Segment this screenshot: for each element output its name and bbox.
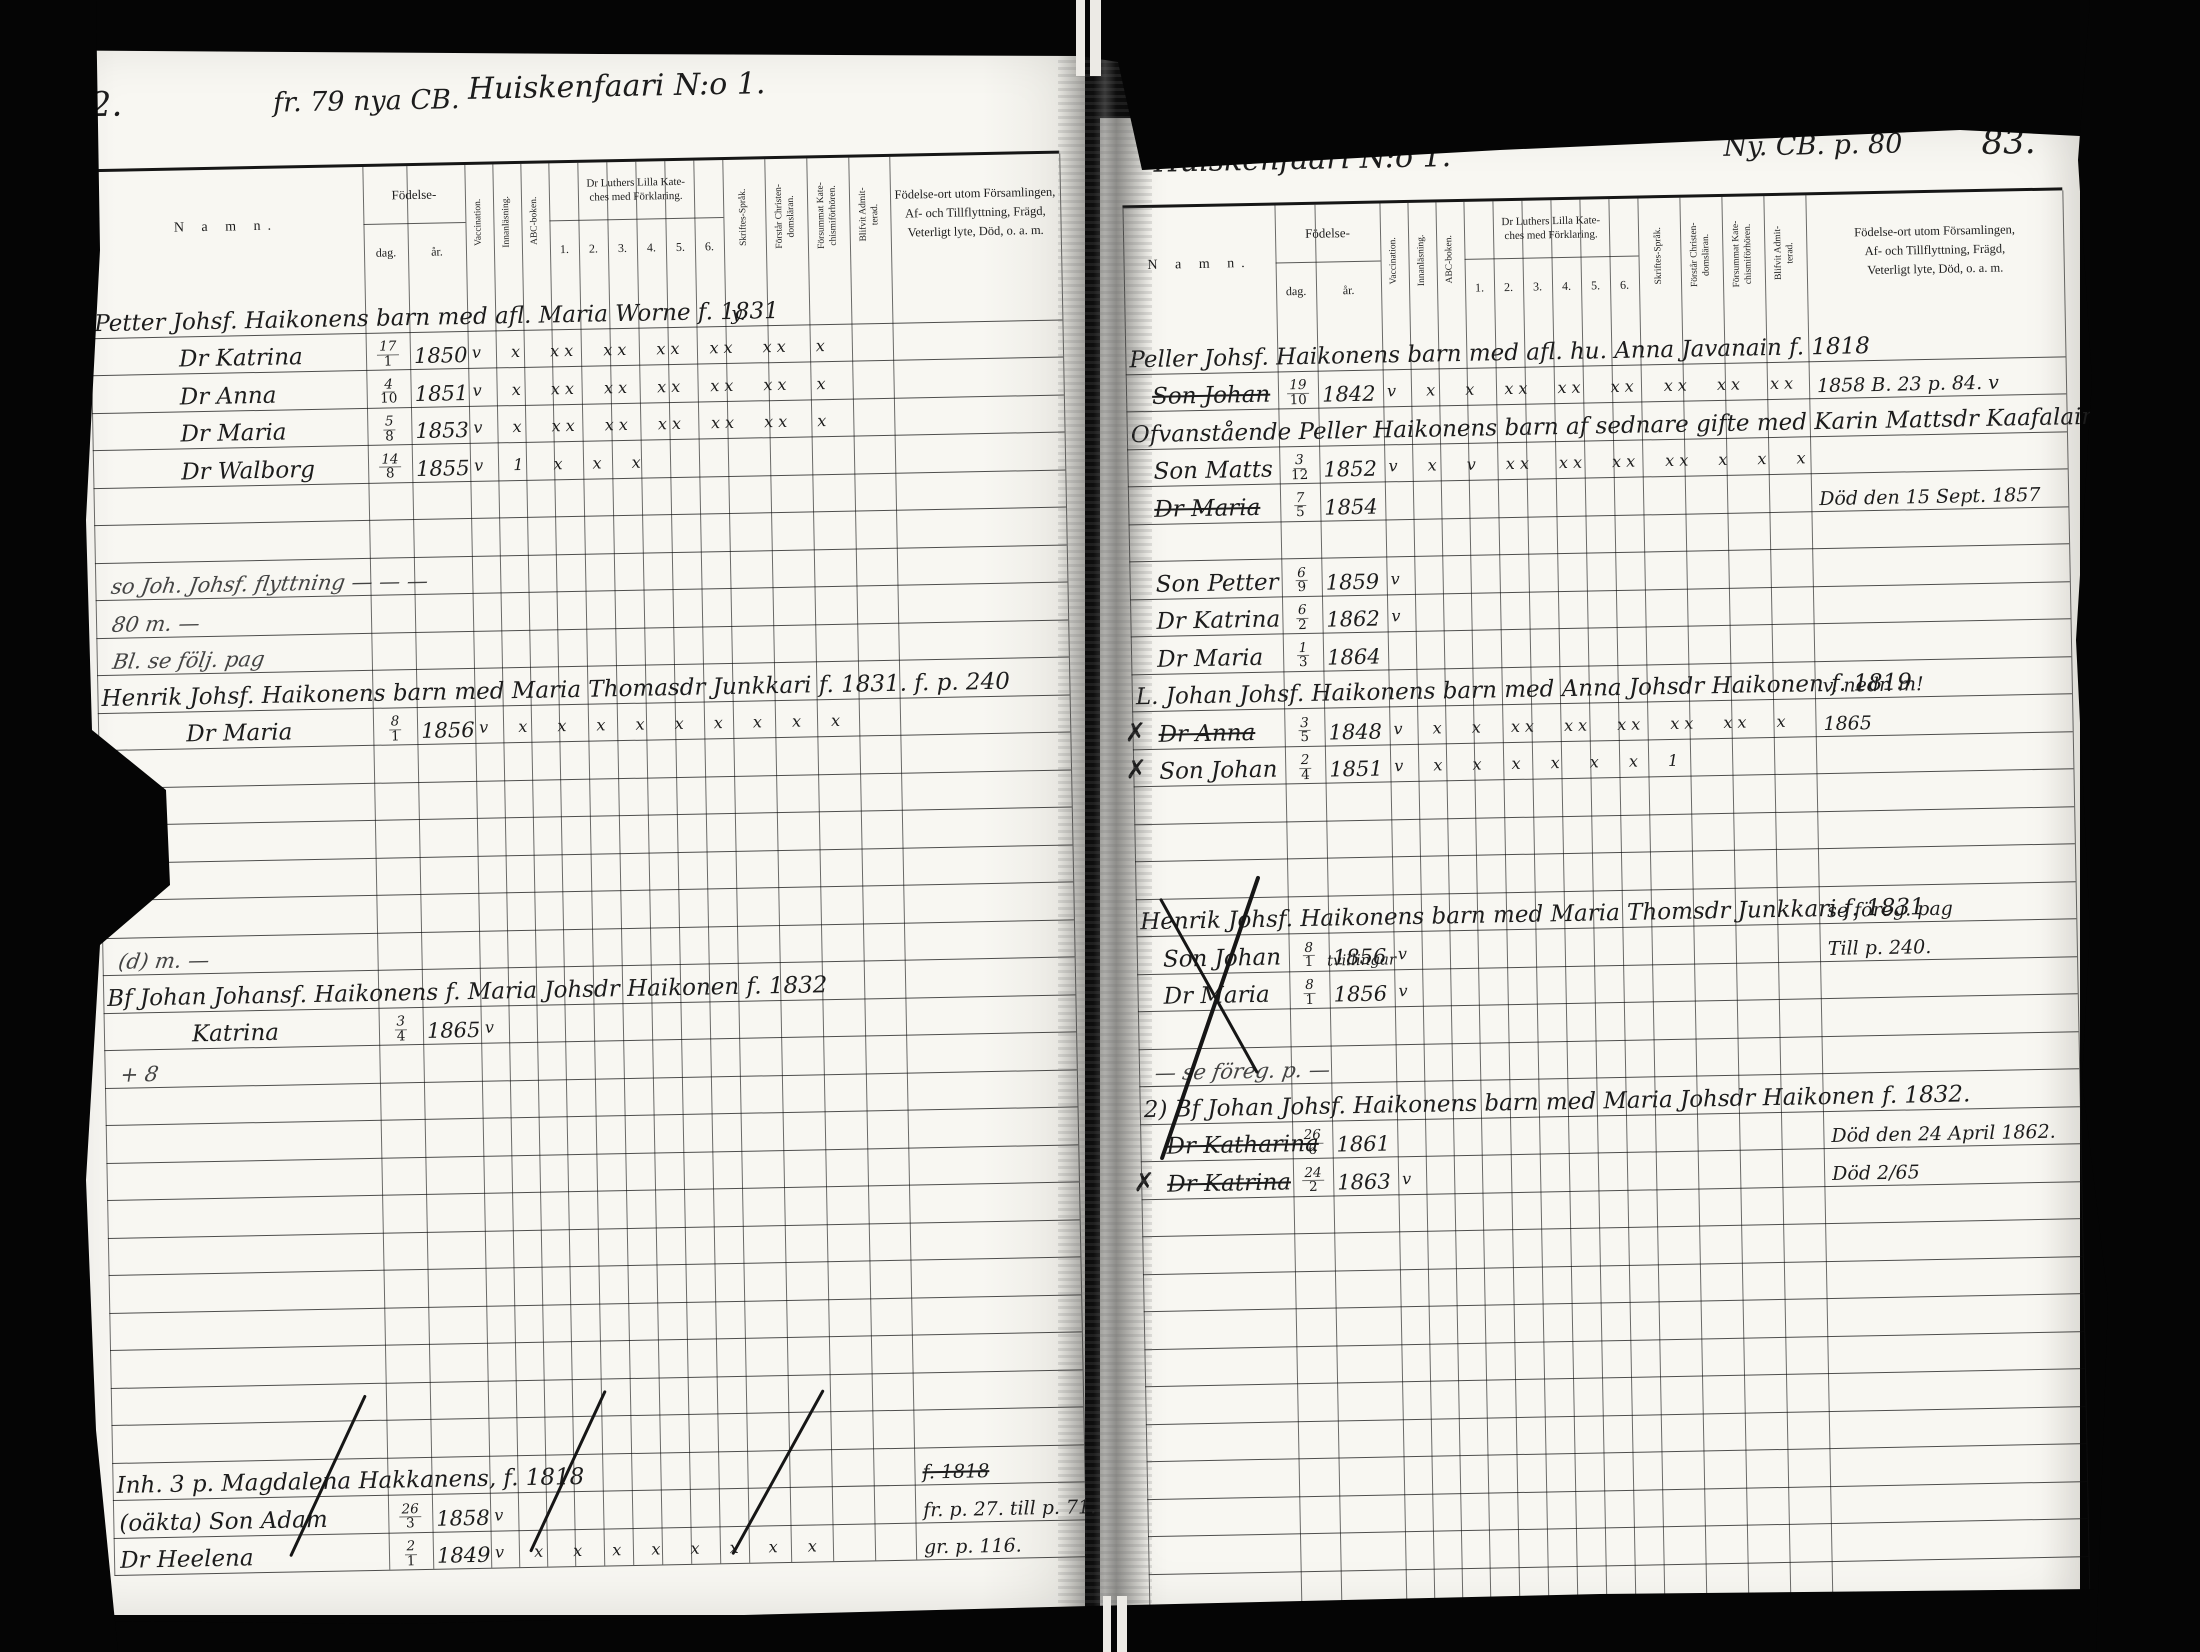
scanned-church-record-spread: 82. fr. 79 nya CB. Huiskenfaari N:o 1. N… xyxy=(0,0,2200,1652)
left-page-content: 82. fr. 79 nya CB. Huiskenfaari N:o 1. N… xyxy=(37,20,1097,1614)
examination-marks: v x xx xx xx xx xx x xyxy=(473,411,831,437)
person-name: Son Johan xyxy=(1152,382,1271,410)
header-neglected: Försummat Kate- chismiförhören. xyxy=(1721,196,1765,312)
header-catechism-col-label: 2. xyxy=(589,241,598,256)
birth-year: 1863 xyxy=(1337,1169,1391,1194)
header-notes: Födelse-ort utom Församlingen, Af- och T… xyxy=(1805,190,2064,310)
birth-day-fraction: 69 xyxy=(1281,566,1322,595)
header-catechism-col: 1. xyxy=(1465,259,1495,317)
header-notes-label: Födelse-ort utom Församlingen, Af- och T… xyxy=(1854,221,2016,280)
birth-year: 1854 xyxy=(1324,494,1378,519)
person-name: Dr Maria xyxy=(1157,644,1264,672)
left-page-inscription: fr. 79 nya CB. xyxy=(273,84,460,119)
margin-note: Till p. 240. xyxy=(1828,936,1932,960)
margin-note: 1858 B. 23 p. 84. v xyxy=(1817,372,1999,397)
header-catechism-col: 5. xyxy=(1581,257,1611,315)
birth-day-fraction: 410 xyxy=(366,378,411,407)
header-abc: ABC-boken. xyxy=(520,163,550,279)
person-name: Son Johan xyxy=(1159,757,1278,785)
header-vaccination: Vaccination. xyxy=(1379,203,1409,319)
birth-day-fraction: 34 xyxy=(379,1015,424,1044)
header-neglected-label: Försummat Kate- chismiförhören. xyxy=(816,182,841,249)
header-abc-label: ABC-boken. xyxy=(1444,235,1457,284)
bookmark-strip xyxy=(1076,0,1085,76)
birth-day-fraction: 266 xyxy=(1292,1129,1333,1158)
birth-day-fraction: 13 xyxy=(1283,641,1324,670)
header-birth: Födelse- xyxy=(362,165,465,225)
margin-note: gr. p. 116. xyxy=(924,1535,1022,1559)
header-reading: Innanläsning. xyxy=(492,164,522,280)
header-catechism-col: 6. xyxy=(1610,257,1640,315)
birth-day-fraction: 81 xyxy=(1289,979,1330,1008)
header-birth-label: Födelse- xyxy=(391,186,436,203)
header-catechism-col-label: 2. xyxy=(1504,280,1513,295)
header-name-label: N a m n. xyxy=(174,218,279,236)
birth-day-fraction: 35 xyxy=(1284,716,1325,745)
header-catechism-col: 2. xyxy=(578,220,608,278)
birth-day-fraction: 81 xyxy=(373,715,418,744)
header-notes-label: Födelse-ort utom Församlingen, Af- och T… xyxy=(894,183,1056,242)
right-page: Huiskenfaari N:o 1. Ny. CB. p. 80 83. N … xyxy=(1100,118,2080,1615)
header-catechism-col: 4. xyxy=(1552,258,1582,316)
person-name: Son Petter xyxy=(1155,569,1278,597)
examination-marks: v xyxy=(494,1505,508,1524)
birth-year: 1853 xyxy=(415,418,469,443)
birth-day-fraction: 1910 xyxy=(1278,379,1319,408)
header-script: Skriftes-Språk. xyxy=(722,159,766,275)
header-catechism-col-label: 4. xyxy=(1562,279,1571,294)
header-birth-day-label: dag. xyxy=(1286,284,1307,299)
header-admitted: Blifvit Admit- terad. xyxy=(1763,195,1807,311)
birth-year: 1850 xyxy=(414,343,468,368)
person-name: Dr Anna xyxy=(179,382,276,410)
header-catechism-label: Dr Luthers Lilla Kate- ches med Förklari… xyxy=(586,176,685,205)
birth-year: 1856 xyxy=(421,718,475,743)
examination-marks: v xyxy=(1391,606,1405,625)
bookmark-strip xyxy=(1103,1596,1111,1652)
person-name: Dr Walborg xyxy=(181,456,315,485)
right-page-content: Huiskenfaari N:o 1. Ny. CB. p. 80 83. N … xyxy=(1083,99,2092,1615)
person-name: Dr Maria xyxy=(1154,494,1261,522)
birth-year: 1848 xyxy=(1328,719,1382,744)
book-gutter xyxy=(1058,0,1152,1652)
header-understands: Förstår Christen- domsläran. xyxy=(1679,197,1723,313)
right-record-table: N a m n.Födelse-dag.år.Vaccination.Innan… xyxy=(1122,187,2089,1612)
header-catechism-label: Dr Luthers Lilla Kate- ches med Förklari… xyxy=(1501,214,1600,243)
header-catechism-col-label: 3. xyxy=(618,241,627,256)
birth-year: 1864 xyxy=(1327,644,1381,669)
header-birth-year-label: år. xyxy=(1343,283,1355,298)
bookmark-strip xyxy=(1090,0,1101,76)
header-reading-label: Innanläsning. xyxy=(1416,234,1429,286)
birth-day-fraction: 148 xyxy=(368,453,413,482)
birth-year: 1862 xyxy=(1326,607,1380,632)
header-catechism-col-label: 3. xyxy=(1533,279,1542,294)
header-catechism: Dr Luthers Lilla Kate- ches med Förklari… xyxy=(1463,199,1638,260)
person-name: Dr Katrina xyxy=(1167,1169,1291,1197)
header-catechism-col-label: 5. xyxy=(1591,278,1600,293)
birth-year: 1849 xyxy=(437,1543,491,1568)
header-reading: Innanläsning. xyxy=(1407,202,1437,318)
birth-day-fraction: 81 xyxy=(1289,941,1330,970)
examination-marks: v x xx xx xx xx xx x xyxy=(472,336,830,362)
handwritten-scribble: + 8 xyxy=(119,1061,160,1086)
margin-note: Död den 24 April 1862. xyxy=(1831,1121,2056,1147)
handwritten-scribble: (d) m. — xyxy=(117,948,212,974)
header-catechism-col: 6. xyxy=(694,218,724,276)
person-name: Katrina xyxy=(192,1020,279,1048)
header-abc-label: ABC-boken. xyxy=(529,197,542,246)
header-birth-label: Födelse- xyxy=(1305,225,1350,242)
examination-marks: v 1 x x x xyxy=(474,452,646,474)
header-catechism-col: 3. xyxy=(1523,258,1553,316)
examination-marks: v x v xx xx xx xx x x x xyxy=(1388,448,1810,475)
header-script-label: Skriftes-Språk. xyxy=(738,188,751,245)
birth-year: 1856 xyxy=(1333,981,1387,1006)
header-catechism-col: 2. xyxy=(1494,259,1524,317)
margin-note: 1865 xyxy=(1823,712,1872,735)
birth-year: 1865 xyxy=(427,1018,481,1043)
birth-year: 1851 xyxy=(1329,757,1383,782)
birth-year: 1859 xyxy=(1325,569,1379,594)
birth-year: 1855 xyxy=(416,455,470,480)
examination-marks: v xyxy=(1402,1168,1416,1187)
birth-day-fraction: 171 xyxy=(366,340,411,369)
bookmark-strip xyxy=(1117,1596,1127,1652)
header-catechism-col-label: 6. xyxy=(705,239,714,254)
examination-marks: v x x xx xx xx xx xx xx xyxy=(1387,373,1798,400)
examination-marks: v x x x x x x x x xyxy=(495,1536,822,1561)
examination-marks: v xyxy=(485,1017,499,1036)
birth-day-fraction: 21 xyxy=(389,1540,434,1569)
header-catechism-col: 1. xyxy=(549,221,579,279)
header-catechism-col-label: 4. xyxy=(647,240,656,255)
examination-marks: v x x x x x x 1 xyxy=(1394,751,1683,776)
header-name: N a m n. xyxy=(87,167,364,287)
header-birth-year-label: år. xyxy=(431,244,443,259)
header-catechism-col-label: 5. xyxy=(676,240,685,255)
birth-day-fraction: 24 xyxy=(1285,754,1326,783)
handwritten-scribble: 80 m. — xyxy=(110,611,201,637)
handwritten-scribble: — se föreg. p. — xyxy=(1153,1058,1332,1085)
examination-marks: v x x xx xx xx xx xx x xyxy=(1393,711,1790,738)
header-catechism-col-label: 6. xyxy=(1620,278,1629,293)
header-catechism-col-label: 1. xyxy=(560,242,569,257)
examination-marks: v x xx xx xx xx xx x xyxy=(472,374,830,400)
header-birth: Födelse- xyxy=(1274,203,1380,263)
handwritten-scribble: Bl. se följ. pag xyxy=(111,647,267,674)
person-name: Dr Maria xyxy=(186,719,293,747)
header-catechism-col: 4. xyxy=(636,219,666,277)
birth-day-fraction: 263 xyxy=(388,1502,433,1531)
margin-note: Död den 15 Sept. 1857 xyxy=(1819,483,2041,509)
person-name: Dr Maria xyxy=(180,419,287,447)
birth-year: 1842 xyxy=(1322,382,1376,407)
header-notes: Födelse-ort utom Församlingen, Af- och T… xyxy=(889,154,1061,272)
person-name: Dr Katrina xyxy=(179,344,303,372)
birth-year: 1851 xyxy=(414,380,468,405)
header-admitted: Blifvit Admit- terad. xyxy=(848,157,891,273)
person-name: (oäkta) Son Adam xyxy=(119,1506,328,1536)
birth-year: 1856 xyxy=(1333,944,1387,969)
person-name: Son Johan xyxy=(1163,944,1282,972)
header-vaccination-label: Vaccination. xyxy=(1388,237,1401,284)
header-birth-year: år. xyxy=(407,223,466,281)
header-catechism-col: 5. xyxy=(665,219,695,277)
header-script-label: Skriftes-Språk. xyxy=(1653,227,1666,284)
header-catechism-col: 3. xyxy=(607,220,637,278)
header-catechism-col-label: 1. xyxy=(1475,280,1484,295)
header-birth-year: år. xyxy=(1316,261,1382,319)
birth-day-fraction: 58 xyxy=(367,415,412,444)
person-name: Dr Heelena xyxy=(120,1545,254,1574)
header-understands-label: Förstår Christen- domsläran. xyxy=(1689,222,1714,287)
header-birth-day-label: dag. xyxy=(376,245,397,260)
examination-marks: v xyxy=(1398,981,1412,1000)
header-neglected-label: Försummat Kate- chismiförhören. xyxy=(1731,220,1756,287)
margin-note: Död 2/65 xyxy=(1832,1161,1920,1185)
birth-day-fraction: 62 xyxy=(1282,604,1323,633)
person-name: Dr Katrina xyxy=(1156,606,1280,634)
header-birth-day: dag. xyxy=(363,224,408,282)
margin-note: f. 1818 xyxy=(922,1460,989,1483)
header-admitted-label: Blifvit Admit- terad. xyxy=(1773,226,1798,281)
person-name: Dr Anna xyxy=(1158,719,1255,747)
header-birth-day: dag. xyxy=(1276,263,1317,321)
left-page: 82. fr. 79 nya CB. Huiskenfaari N:o 1. N… xyxy=(55,40,1085,1615)
birth-year: 1858 xyxy=(436,1505,490,1530)
header-vaccination-label: Vaccination. xyxy=(473,198,486,245)
birth-day-fraction: 312 xyxy=(1279,454,1320,483)
header-understands: Förstår Christen- domsläran. xyxy=(764,158,808,274)
header-understands-label: Förstår Christen- domsläran. xyxy=(774,184,799,249)
header-admitted-label: Blifvit Admit- terad. xyxy=(857,187,882,242)
birth-year: 1861 xyxy=(1336,1131,1390,1156)
header-neglected: Försummat Kate- chismiförhören. xyxy=(806,158,850,274)
header-catechism: Dr Luthers Lilla Kate- ches med Förklari… xyxy=(548,160,723,221)
birth-year: 1852 xyxy=(1323,457,1377,482)
header-name-label: N a m n. xyxy=(1147,255,1252,273)
examination-marks: v xyxy=(1390,569,1404,588)
header-reading-label: Innanläsning. xyxy=(501,196,514,248)
header-vaccination: Vaccination. xyxy=(464,164,494,280)
examination-marks: v x x x x x x x x x xyxy=(479,711,845,737)
header-abc: ABC-boken. xyxy=(1435,202,1465,318)
left-record-table: N a m n.Födelse-dag.år.Vaccination.Innan… xyxy=(87,151,1086,1576)
header-script: Skriftes-Språk. xyxy=(1637,198,1681,314)
birth-day-fraction: 242 xyxy=(1293,1166,1334,1195)
birth-day-fraction: 75 xyxy=(1280,491,1321,520)
examination-marks: v xyxy=(1398,944,1412,963)
person-name: Son Matts xyxy=(1153,457,1273,485)
left-page-title: Huiskenfaari N:o 1. xyxy=(468,66,766,107)
